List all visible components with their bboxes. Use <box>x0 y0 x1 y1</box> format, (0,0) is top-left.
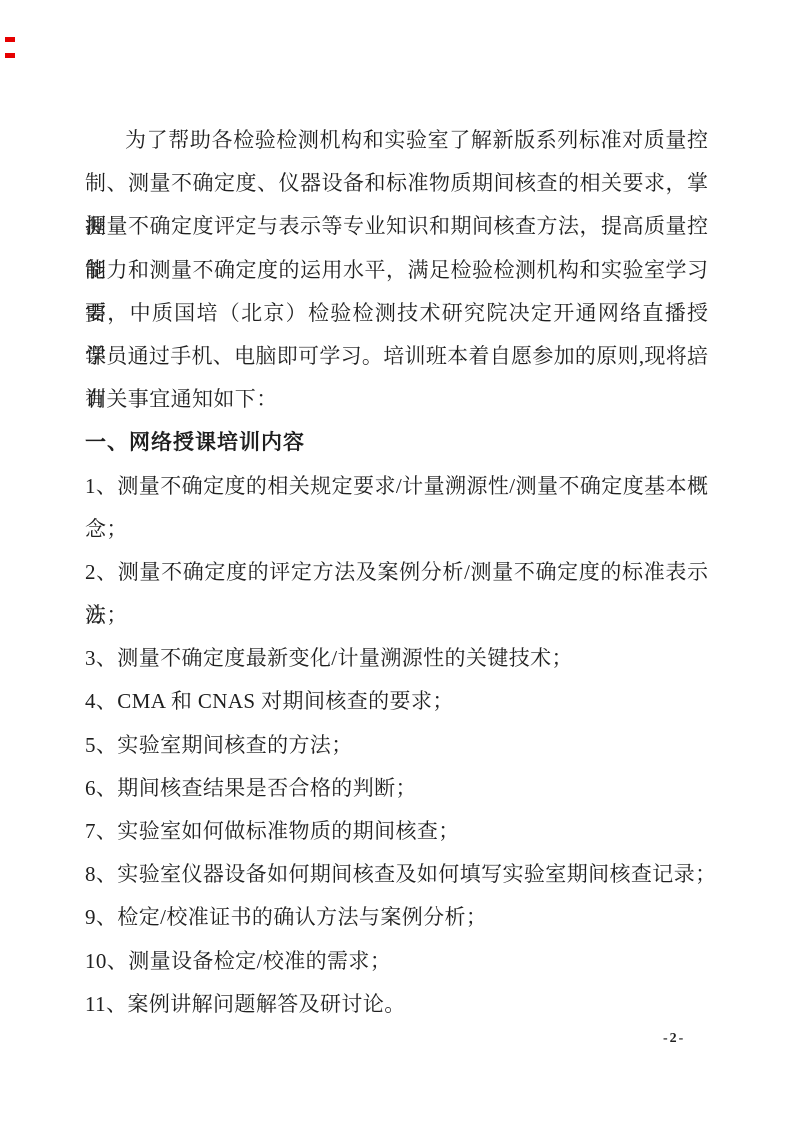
intro-paragraph: 为了帮助各检验检测机构和实验室了解新版系列标准对质量控 制、测量不确定度、仪器设… <box>85 119 708 421</box>
list-item-line: 10、测量设备检定/校准的需求； <box>85 940 708 983</box>
intro-line: 能力和测量不确定度的运用水平，满足检验检测机构和实验室学习需 <box>85 249 708 292</box>
red-edit-mark-bottom <box>5 53 15 58</box>
intro-line: 测量不确定度评定与表示等专业知识和期间核查方法，提高质量控制 <box>85 205 708 248</box>
list-item-line: 9、检定/校准证书的确认方法与案例分析； <box>85 896 708 939</box>
section-heading: 一、网络授课培训内容 <box>85 421 708 464</box>
intro-line: 学员通过手机、电脑即可学习。培训班本着自愿参加的原则,现将培训 <box>85 335 708 378</box>
list-item-line: 2、测量不确定度的评定方法及案例分析/测量不确定度的标准表示方 <box>85 551 708 594</box>
red-edit-mark-top <box>5 37 15 42</box>
page-number: -2- <box>663 1031 685 1047</box>
intro-line: 为了帮助各检验检测机构和实验室了解新版系列标准对质量控 <box>85 119 708 162</box>
intro-line: 要，中质国培（北京）检验检测技术研究院决定开通网络直播授课。 <box>85 292 708 335</box>
list-item-line: 法； <box>85 594 708 637</box>
intro-line: 有关事宜通知如下： <box>85 378 708 421</box>
intro-line: 制、测量不确定度、仪器设备和标准物质期间核查的相关要求，掌握 <box>85 162 708 205</box>
list-item-line: 8、实验室仪器设备如何期间核查及如何填写实验室期间核查记录； <box>85 853 708 896</box>
list-item-line: 5、实验室期间核查的方法； <box>85 724 708 767</box>
list-item-line: 4、CMA 和 CNAS 对期间核查的要求； <box>85 680 708 723</box>
document-body: 为了帮助各检验检测机构和实验室了解新版系列标准对质量控 制、测量不确定度、仪器设… <box>85 119 708 1026</box>
list-item-line: 11、案例讲解问题解答及研讨论。 <box>85 983 708 1026</box>
list-item-line: 6、期间核查结果是否合格的判断； <box>85 767 708 810</box>
document-page: 为了帮助各检验检测机构和实验室了解新版系列标准对质量控 制、测量不确定度、仪器设… <box>0 0 793 1122</box>
list-item-line: 念； <box>85 508 708 551</box>
list-item-line: 3、测量不确定度最新变化/计量溯源性的关键技术； <box>85 637 708 680</box>
list-item-line: 1、测量不确定度的相关规定要求/计量溯源性/测量不确定度基本概 <box>85 465 708 508</box>
list-item-line: 7、实验室如何做标准物质的期间核查； <box>85 810 708 853</box>
training-content-list: 1、测量不确定度的相关规定要求/计量溯源性/测量不确定度基本概 念； 2、测量不… <box>85 465 708 1026</box>
